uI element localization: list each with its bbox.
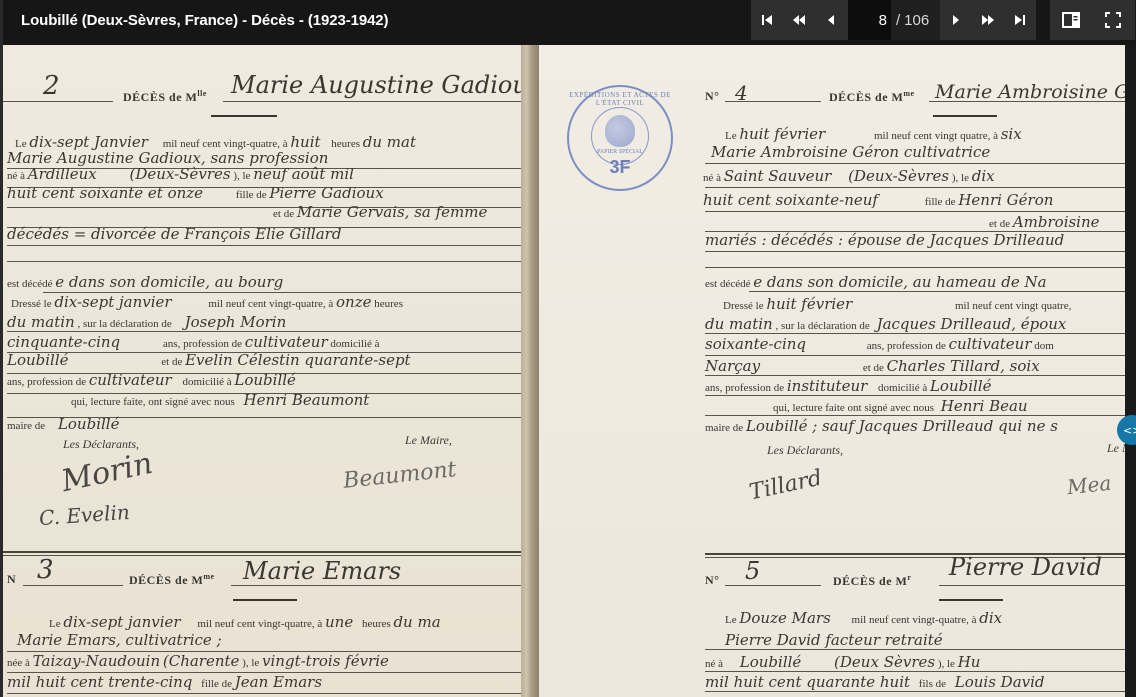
- name-underline: [231, 585, 521, 586]
- name-underline: [223, 101, 521, 102]
- ruled-line: [7, 693, 521, 694]
- line-declarant-2: Loubillé et de Evelin Célestin quarante-…: [7, 351, 411, 369]
- left-page: 2 DÉCÈS de Mlle Marie Augustine Gadioux …: [3, 45, 521, 697]
- right-page: EXPÉDITIONS ET ACTES DE L'ÉTAT CIVIL PAP…: [539, 45, 1125, 697]
- line-signature-note: qui, lecture faite, ont signé avec nous …: [71, 391, 369, 409]
- signature-mayor: Mea: [1066, 471, 1113, 499]
- line-declarant-1-age: cinquante-cinq ans, profession de cultiv…: [7, 333, 380, 351]
- skip-last-icon: [1014, 14, 1026, 26]
- signature-evelin: C. Evelin: [38, 500, 130, 530]
- line-parents-mother: et de Ambroisine: [989, 213, 1100, 231]
- side-panel-layout-icon: [1062, 12, 1080, 28]
- line-declarant-2-prof: ans, profession de instituteur domicilié…: [705, 377, 992, 395]
- name-underline: [939, 585, 1125, 586]
- document-viewer[interactable]: 2 DÉCÈS de Mlle Marie Augustine Gadioux …: [0, 45, 1136, 697]
- deces-heading: DÉCÈS de Mlle: [123, 89, 207, 105]
- name-underline: [929, 101, 1125, 102]
- line-date: Le huit février mil neuf cent vingt quat…: [725, 125, 1022, 143]
- entry-separator: [3, 551, 521, 553]
- ruled-line: [705, 691, 1125, 692]
- heading-divider: [233, 599, 297, 601]
- page-gutter: [521, 45, 539, 697]
- line-declarant-1: du matin , sur la déclaration de Jacques…: [705, 315, 1066, 333]
- ruled-line: [7, 261, 521, 262]
- number-underline: [725, 101, 821, 102]
- line-identity: Pierre David facteur retraité: [725, 631, 943, 649]
- deceased-name: Marie Augustine Gadioux: [231, 71, 521, 99]
- next-page-button[interactable]: [940, 0, 972, 40]
- line-signature-note: qui, lecture faite ont signé avec nous H…: [773, 397, 1028, 415]
- line-identity: Marie Emars, cultivatrice ;: [17, 631, 222, 649]
- fullscreen-icon: [1105, 12, 1121, 28]
- signature-mayor: Beaumont: [342, 457, 458, 494]
- deceased-name: Pierre David: [949, 553, 1102, 581]
- civil-registry-stamp: EXPÉDITIONS ET ACTES DE L'ÉTAT CIVIL PAP…: [567, 85, 673, 191]
- line-parents-father: mil huit cent quarante huit fils de Loui…: [705, 673, 1045, 691]
- fast-rewind-icon: [792, 14, 806, 26]
- fast-forward-button[interactable]: [972, 0, 1004, 40]
- line-place-of-death: est décédé e dans son domicile, au hamea…: [705, 273, 1047, 291]
- line-status: décédés = divorcée de François Elie Gill…: [7, 225, 341, 243]
- declarants-label: Les Déclarants,: [767, 443, 843, 458]
- document-title: Loubillé (Deux-Sèvres, France) - Décès -…: [21, 12, 388, 29]
- mayor-label: Le Maire,: [405, 433, 452, 448]
- view-controls: [1050, 0, 1135, 40]
- line-identity: Marie Ambroisine Géron cultivatrice: [711, 143, 990, 161]
- ruled-line: [705, 163, 1125, 164]
- ruled-line: [705, 355, 1125, 356]
- deces-heading: DÉCÈS de Mme: [829, 89, 915, 105]
- toggle-layout-button[interactable]: [1050, 0, 1092, 40]
- previous-icon: [826, 14, 836, 26]
- number-prefix: N: [7, 572, 16, 587]
- next-icon: [951, 14, 961, 26]
- total-pages: 106: [904, 12, 929, 29]
- skip-first-icon: [761, 14, 773, 26]
- number-prefix: N°: [705, 89, 719, 104]
- line-place-of-death: est décédé e dans son domicile, au bourg: [7, 273, 283, 291]
- mayor-label: Le M: [1107, 441, 1125, 456]
- ruled-line: [705, 395, 1125, 396]
- line-declarant-2: Narçay et de Charles Tillard, soix: [705, 357, 1040, 375]
- number-underline: [725, 585, 821, 586]
- page-separator: /: [896, 12, 900, 29]
- line-date: Le Douze Mars mil neuf cent vingt-quatre…: [725, 609, 1002, 627]
- ruled-line: [705, 187, 1125, 188]
- entry-number: 3: [37, 555, 54, 585]
- line-status: mariés : décédés : épouse de Jacques Dri…: [705, 231, 1064, 249]
- ruled-line: [7, 331, 521, 332]
- deces-heading: DÉCÈS de Mr: [833, 573, 911, 589]
- signature-tillard: Tillard: [747, 466, 824, 506]
- line-mayor-of: maire de Loubillé ; sauf Jacques Drillea…: [705, 417, 1058, 435]
- ruled-line: [705, 375, 1125, 376]
- nav-back-group: [751, 0, 848, 40]
- ruled-line: [749, 291, 1125, 292]
- deceased-name: Marie Ambroisine Gé: [935, 81, 1125, 103]
- fast-forward-icon: [981, 14, 995, 26]
- line-mayor-of: maire de Loubillé: [7, 415, 119, 433]
- heading-divider: [211, 115, 277, 117]
- ruled-line: [705, 415, 1125, 416]
- entry-number: 5: [745, 557, 760, 585]
- deceased-name: Marie Emars: [243, 557, 401, 585]
- line-birth: né à Saint Sauveur (Deux-Sèvres ), le di…: [703, 167, 995, 185]
- line-birth: né à Loubillé (Deux Sèvres ), le Hu: [705, 653, 980, 671]
- signature-morin: Morin: [58, 446, 155, 499]
- line-birth: née à Taizay-Naudouin (Charente ), le vi…: [7, 652, 389, 670]
- ruled-line: [7, 245, 521, 246]
- number-underline: [23, 585, 123, 586]
- fast-rewind-button[interactable]: [783, 0, 815, 40]
- line-date: Le dix-sept janvier mil neuf cent vingt-…: [49, 613, 441, 631]
- ruled-line: [705, 267, 1125, 268]
- current-page-input[interactable]: [848, 0, 891, 40]
- line-declarant-1: du matin , sur la déclaration de Joseph …: [7, 313, 286, 331]
- ruled-line: [705, 211, 1125, 212]
- ruled-line: [705, 649, 1125, 650]
- viewer-toolbar: Loubillé (Deux-Sèvres, France) - Décès -…: [0, 0, 1136, 45]
- page-indicator: / 106: [848, 0, 940, 40]
- line-parents-father: huit cent soixante et onze fille de Pier…: [7, 184, 384, 202]
- expand-collapse-icon: <>: [1123, 424, 1136, 437]
- fullscreen-button[interactable]: [1092, 0, 1134, 40]
- line-parents-father: huit cent soixante-neuf fille de Henri G…: [703, 191, 1053, 209]
- line-drafted: Dressé le dix-sept janvier mil neuf cent…: [11, 293, 403, 311]
- heading-divider: [933, 115, 997, 117]
- previous-page-button[interactable]: [815, 0, 847, 40]
- line-declarant-1-age: soixante-cinq ans, profession de cultiva…: [705, 335, 1054, 353]
- entry-number: 2: [43, 71, 60, 101]
- deces-heading: DÉCÈS de Mme: [129, 572, 215, 588]
- stamp-ring-text: EXPÉDITIONS ET ACTES DE L'ÉTAT CIVIL: [569, 91, 671, 107]
- heading-divider: [939, 599, 1003, 601]
- line-birth: né à Ardilleux (Deux-Sèvres ), le neuf a…: [7, 165, 354, 183]
- entry-separator: [3, 555, 521, 556]
- line-parents-father: mil huit cent trente-cinq fille de Jean …: [7, 673, 322, 691]
- ruled-line: [705, 333, 1125, 334]
- number-prefix: N°: [705, 573, 719, 588]
- last-page-button[interactable]: [1004, 0, 1036, 40]
- line-declarant-2-prof: ans, profession de cultivateur domicilié…: [7, 371, 296, 389]
- nav-forward-group: [940, 0, 1036, 40]
- line-parents-mother: et de Marie Gervais, sa femme: [273, 203, 487, 221]
- line-drafted: Dressé le huit février mil neuf cent vin…: [723, 295, 1071, 313]
- first-page-button[interactable]: [751, 0, 783, 40]
- number-underline: [3, 101, 113, 102]
- ruled-line: [705, 671, 1125, 672]
- stamp-price: 3F: [569, 157, 671, 178]
- marianne-head-icon: [605, 115, 635, 147]
- viewer-right-edge: [1125, 45, 1136, 697]
- stamp-paper-label: PAPIER SPÉCIAL: [569, 149, 671, 155]
- ruled-line: [705, 251, 1125, 252]
